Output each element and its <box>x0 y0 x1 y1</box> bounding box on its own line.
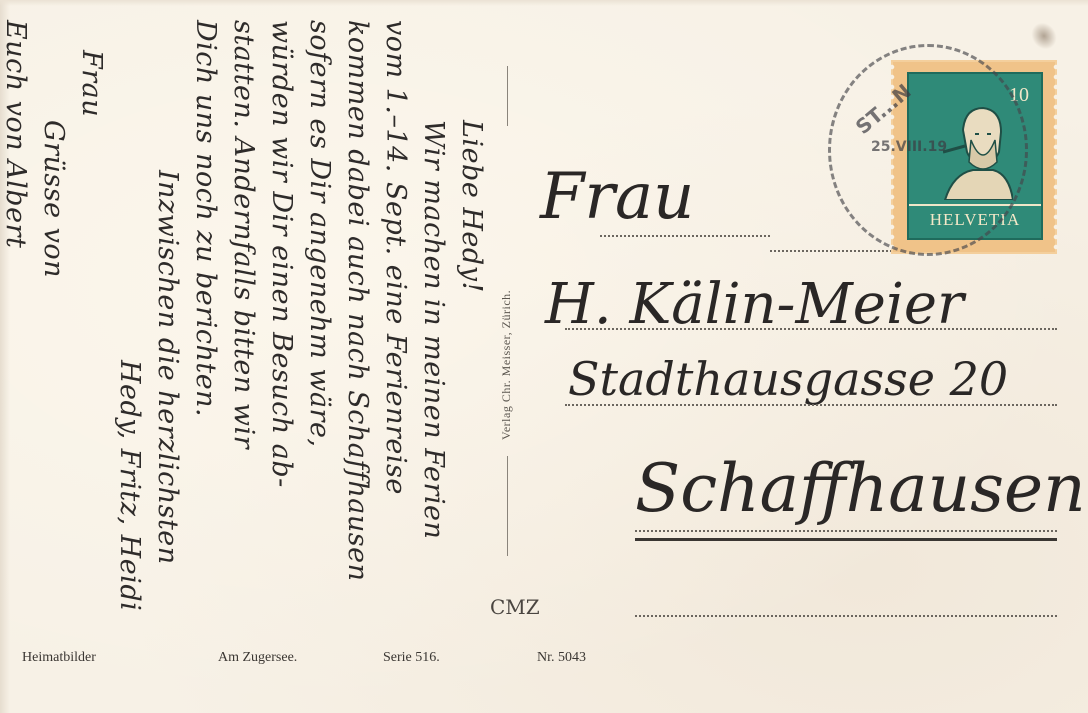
address-dotted-line <box>600 235 770 237</box>
message-line: Grüsse von <box>34 20 72 680</box>
address-dotted-line <box>635 530 1057 532</box>
message-line: Inzwischen die herzlichsten <box>148 20 186 680</box>
message-line: Euch von Albert <box>0 20 34 680</box>
ink-smudge <box>1026 18 1062 55</box>
address-line: Frau <box>540 160 694 234</box>
message-line: kommen dabei auch nach Schaffhausen <box>338 20 376 680</box>
message-line: würden wir Dir einen Besuch ab- <box>262 20 300 680</box>
card-edge-shadow-top <box>0 0 1088 6</box>
caption-title: Am Zugersee. <box>218 650 297 666</box>
postmark-circle: ST...N 25.VIII.19 <box>828 44 1028 256</box>
divider-line <box>507 456 508 556</box>
handwritten-message: Liebe Hedy! Wir machen in meinen Ferien … <box>10 20 490 680</box>
publisher-monogram: CMZ <box>490 598 520 616</box>
postmark-date: 25.VIII.19 <box>871 139 947 155</box>
caption-number: Nr. 5043 <box>537 650 586 666</box>
address-dotted-line <box>565 328 1057 330</box>
postcard: Liebe Hedy! Wir machen in meinen Ferien … <box>0 0 1088 713</box>
message-line: Frau <box>76 20 107 117</box>
address-dotted-line <box>635 615 1057 617</box>
address-line: Schaffhausen. <box>635 450 1088 527</box>
message-line: Hedy, Fritz, Heidi <box>114 20 145 611</box>
message-line: Wir machen in meinen Ferien <box>414 20 452 680</box>
caption-series: Heimatbilder <box>22 650 96 666</box>
message-line: statten. Andernfalls bitten wir <box>224 20 262 680</box>
divider-line <box>507 66 508 126</box>
message-line: vom 1.–14. Sept. eine Ferienreise <box>376 20 414 680</box>
caption-serie: Serie 516. <box>383 650 440 666</box>
address-dotted-line <box>565 404 1057 406</box>
address-underline <box>635 538 1057 541</box>
address-line: Stadthausgasse 20 <box>568 352 1008 406</box>
publisher-text: Verlag Chr. Meisser, Zürich. <box>499 290 514 440</box>
message-line: Dich uns noch zu berichten. <box>186 20 224 680</box>
postmark-text: ST...N <box>851 79 916 139</box>
message-line: Liebe Hedy! <box>452 20 490 680</box>
message-line: sofern es Dir angenehm wäre, <box>300 20 338 680</box>
